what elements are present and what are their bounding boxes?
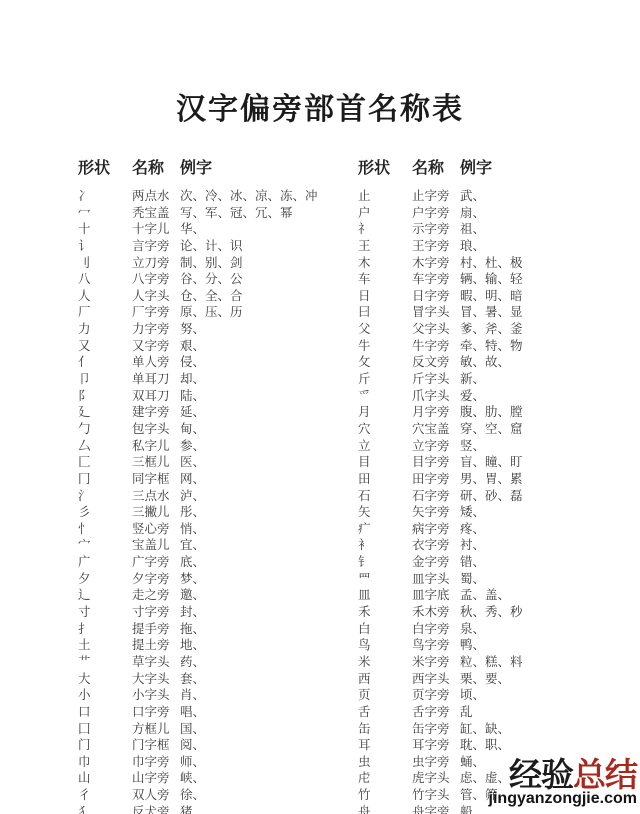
radical-name: 月字旁 <box>412 404 460 421</box>
radical-name: 草字头 <box>132 654 180 671</box>
header-name: 名称 <box>132 159 180 179</box>
table-row: 力 力字旁 努、 <box>78 321 350 338</box>
table-row: 米 米字旁 粒、糕、料 <box>358 654 640 671</box>
table-row: 十 十字儿 华、 <box>78 221 350 238</box>
radical-name: 车字旁 <box>412 271 460 288</box>
radical-shape: 彳 <box>78 787 132 804</box>
radical-examples: 武、 <box>460 188 640 205</box>
radical-examples: 地、 <box>180 637 350 654</box>
radical-examples: 封、 <box>180 604 350 621</box>
radical-name: 三点水 <box>132 488 180 505</box>
radical-name: 建字旁 <box>132 404 180 421</box>
radical-name: 竹字头 <box>412 787 460 804</box>
table-row: 夕 夕字旁 梦、 <box>78 571 350 588</box>
radical-shape: 衤 <box>358 537 412 554</box>
radical-shape: 辶 <box>78 587 132 604</box>
table-row: 户 户字旁 扇、 <box>358 205 640 222</box>
radical-shape: 忄 <box>78 521 132 538</box>
radical-shape: 扌 <box>78 621 132 638</box>
radical-name: 缶字旁 <box>412 721 460 738</box>
right-rows: 止 止字旁 武、 户 户字旁 扇、 礻 示字旁 祖、 王 <box>358 188 640 814</box>
table-row: 山 山字旁 峡、 <box>78 770 350 787</box>
radical-name: 言字旁 <box>132 238 180 255</box>
radical-name: 两点水 <box>132 188 180 205</box>
radical-name: 爪字头 <box>412 388 460 405</box>
radical-examples: 鸭、 <box>460 637 640 654</box>
radical-name: 穴宝盖 <box>412 421 460 438</box>
table-row: 八 八字旁 谷、分、公 <box>78 271 350 288</box>
radical-examples: 猪、 <box>180 804 350 814</box>
radical-shape: 王 <box>358 238 412 255</box>
radical-examples: 甸、 <box>180 421 350 438</box>
radical-examples: 泉、 <box>460 621 640 638</box>
radical-shape: 冫 <box>78 188 132 205</box>
table-row: 穴 穴宝盖 穿、空、窟 <box>358 421 640 438</box>
radical-name: 双人旁 <box>132 787 180 804</box>
radical-name: 反文旁 <box>412 354 460 371</box>
radical-shape: 冖 <box>78 205 132 222</box>
radical-examples: 华、 <box>180 221 350 238</box>
radical-name: 页字旁 <box>412 687 460 704</box>
radical-examples: 新、 <box>460 371 640 388</box>
radical-examples: 侵、 <box>180 354 350 371</box>
radical-shape: 犭 <box>78 804 132 814</box>
radical-name: 提土旁 <box>132 637 180 654</box>
table-row: 厂 厂字旁 原、压、历 <box>78 304 350 321</box>
radical-name: 三撇儿 <box>132 504 180 521</box>
table-row: 斤 斤字头 新、 <box>358 371 640 388</box>
radical-name: 三框儿 <box>132 454 180 471</box>
radical-shape: 缶 <box>358 721 412 738</box>
right-column-header: 形状 名称 例字 <box>358 159 640 179</box>
radical-examples: 爱、 <box>460 388 640 405</box>
radical-examples: 延、 <box>180 404 350 421</box>
radical-name: 父字头 <box>412 321 460 338</box>
table-row: 耳 耳字旁 耽、职、 <box>358 737 640 754</box>
radical-shape: 月 <box>358 404 412 421</box>
table-row: 大 大字头 套、 <box>78 671 350 688</box>
radical-table-left-column: 形状 名称 例字 冫 两点水 次、冷、冰、凉、冻、冲 冖 秃宝盖 写、军、冠、冗… <box>78 159 350 814</box>
radical-shape: 石 <box>358 488 412 505</box>
radical-examples: 穿、空、窟 <box>460 421 640 438</box>
radical-name: 米字旁 <box>412 654 460 671</box>
radical-name: 田字旁 <box>412 471 460 488</box>
radical-shape: 立 <box>358 438 412 455</box>
radical-examples: 唱、 <box>180 704 350 721</box>
radical-name: 牛字旁 <box>412 338 460 355</box>
table-row: 页 页字旁 顷、 <box>358 687 640 704</box>
radical-shape: 广 <box>78 554 132 571</box>
radical-examples: 蜀、 <box>460 571 640 588</box>
radical-examples: 论、计、识 <box>180 238 350 255</box>
radical-examples: 肖、 <box>180 687 350 704</box>
table-row: 土 提土旁 地、 <box>78 637 350 654</box>
radical-shape: 田 <box>358 471 412 488</box>
radical-examples: 粒、糕、料 <box>460 654 640 671</box>
table-row: 曰 冒字头 冒、暑、显 <box>358 304 640 321</box>
radical-examples: 药、 <box>180 654 350 671</box>
table-row: 巾 巾字旁 师、 <box>78 754 350 771</box>
radical-examples: 徐、 <box>180 787 350 804</box>
radical-name: 双耳刀 <box>132 388 180 405</box>
table-row: 西 西字头 栗、要、 <box>358 671 640 688</box>
radical-examples: 孟、盖、 <box>460 587 640 604</box>
radical-examples: 辆、输、轻 <box>460 271 640 288</box>
table-row: 石 石字旁 研、砂、磊 <box>358 488 640 505</box>
radical-shape: 耳 <box>358 737 412 754</box>
watermark-brand: 经验总结 <box>489 758 637 791</box>
radical-name: 口字旁 <box>132 704 180 721</box>
radical-name: 大字头 <box>132 671 180 688</box>
radical-shape: 止 <box>358 188 412 205</box>
radical-shape: 讠 <box>78 238 132 255</box>
radical-name: 舟字旁 <box>412 804 460 814</box>
table-row: 宀 宝盖儿 宜、 <box>78 537 350 554</box>
table-row: 艹 草字头 药、 <box>78 654 350 671</box>
radical-name: 虫字旁 <box>412 754 460 771</box>
table-row: 皿 皿字底 孟、盖、 <box>358 587 640 604</box>
radical-name: 鸟字旁 <box>412 637 460 654</box>
radical-name: 止字旁 <box>412 188 460 205</box>
radical-name: 方框儿 <box>132 721 180 738</box>
radical-shape: 父 <box>358 321 412 338</box>
header-examples: 例字 <box>180 159 350 179</box>
radical-shape: 力 <box>78 321 132 338</box>
radical-shape: 大 <box>78 671 132 688</box>
radical-shape: 牛 <box>358 338 412 355</box>
table-row: 爫 爪字头 爱、 <box>358 388 640 405</box>
radical-shape: 钅 <box>358 554 412 571</box>
radical-name: 人字头 <box>132 288 180 305</box>
radical-shape: 口 <box>78 704 132 721</box>
radical-examples: 缸、缺、 <box>460 721 640 738</box>
table-row: 禾 禾木旁 秋、秀、秒 <box>358 604 640 621</box>
radical-name: 耳字旁 <box>412 737 460 754</box>
radical-shape: 车 <box>358 271 412 288</box>
radical-examples: 制、别、剑 <box>180 255 350 272</box>
radical-examples: 医、 <box>180 454 350 471</box>
radical-name: 金字旁 <box>412 554 460 571</box>
radical-examples: 盲、瞳、盯 <box>460 454 640 471</box>
table-row: 彳 双人旁 徐、 <box>78 787 350 804</box>
table-row: 廴 建字旁 延、 <box>78 404 350 421</box>
radical-examples: 琅、 <box>460 238 640 255</box>
table-row: 目 目字旁 盲、瞳、盯 <box>358 454 640 471</box>
radical-examples: 村、杜、极 <box>460 255 640 272</box>
radical-examples: 衬、 <box>460 537 640 554</box>
radical-shape: 皿 <box>358 587 412 604</box>
radical-name: 夕字旁 <box>132 571 180 588</box>
radical-examples: 仓、全、合 <box>180 288 350 305</box>
radical-shape: 鸟 <box>358 637 412 654</box>
radical-shape: 西 <box>358 671 412 688</box>
radical-name: 包字头 <box>132 421 180 438</box>
table-row: 鸟 鸟字旁 鸭、 <box>358 637 640 654</box>
radical-shape: 禾 <box>358 604 412 621</box>
table-row: 疒 病字旁 疼、 <box>358 521 640 538</box>
radical-shape: 勹 <box>78 421 132 438</box>
table-row: 阝 双耳刀 陆、 <box>78 388 350 405</box>
radical-shape: 人 <box>78 288 132 305</box>
radical-shape: 目 <box>358 454 412 471</box>
watermark-brand-red: 总结 <box>573 756 637 793</box>
table-row: 囗 方框儿 国、 <box>78 721 350 738</box>
radical-name: 十字儿 <box>132 221 180 238</box>
radical-name: 八字旁 <box>132 271 180 288</box>
radical-examples: 敏、故、 <box>460 354 640 371</box>
table-row: 广 广字旁 底、 <box>78 554 350 571</box>
radical-table: 形状 名称 例字 冫 两点水 次、冷、冰、凉、冻、冲 冖 秃宝盖 写、军、冠、冗… <box>0 159 640 814</box>
table-row: 冖 秃宝盖 写、军、冠、冗、幂 <box>78 205 350 222</box>
radical-examples: 牵、特、物 <box>460 338 640 355</box>
radical-examples: 峡、 <box>180 770 350 787</box>
radical-name: 病字旁 <box>412 521 460 538</box>
radical-name: 山字旁 <box>132 770 180 787</box>
radical-name: 单人旁 <box>132 354 180 371</box>
radical-shape: 攵 <box>358 354 412 371</box>
radical-shape: 廴 <box>78 404 132 421</box>
radical-examples: 暇、明、暗 <box>460 288 640 305</box>
table-row: 冂 同字框 网、 <box>78 471 350 488</box>
radical-name: 冒字头 <box>412 304 460 321</box>
watermark-brand-dark: 经验 <box>509 756 573 793</box>
table-row: 白 白字旁 泉、 <box>358 621 640 638</box>
table-row: 罒 皿字头 蜀、 <box>358 571 640 588</box>
radical-shape: 夕 <box>78 571 132 588</box>
radical-name: 门字框 <box>132 737 180 754</box>
radical-name: 石字旁 <box>412 488 460 505</box>
table-row: 缶 缶字旁 缸、缺、 <box>358 721 640 738</box>
radical-shape: 匚 <box>78 454 132 471</box>
table-row: 舌 舌字旁 乱 <box>358 704 640 721</box>
radical-shape: 礻 <box>358 221 412 238</box>
table-row: 门 门字框 阅、 <box>78 737 350 754</box>
radical-name: 立刀旁 <box>132 255 180 272</box>
radical-name: 禾木旁 <box>412 604 460 621</box>
table-row: 父 父字头 爹、斧、釜 <box>358 321 640 338</box>
page-title: 汉字偏旁部首名称表 <box>0 84 640 128</box>
table-row: 彡 三撇儿 彤、 <box>78 504 350 521</box>
header-shape: 形状 <box>78 159 132 179</box>
radical-shape: 小 <box>78 687 132 704</box>
table-row: 讠 言字旁 论、计、识 <box>78 238 350 255</box>
table-row: 刂 立刀旁 制、别、剑 <box>78 255 350 272</box>
radical-shape: 日 <box>358 288 412 305</box>
radical-shape: 矢 <box>358 504 412 521</box>
table-row: 王 王字旁 琅、 <box>358 238 640 255</box>
radical-name: 皿字底 <box>412 587 460 604</box>
radical-examples: 悄、 <box>180 521 350 538</box>
table-row: 氵 三点水 泸、 <box>78 488 350 505</box>
radical-shape: 刂 <box>78 255 132 272</box>
table-row: 攵 反文旁 敏、故、 <box>358 354 640 371</box>
table-row: 口 口字旁 唱、 <box>78 704 350 721</box>
radical-name: 衣字旁 <box>412 537 460 554</box>
table-row: 礻 示字旁 祖、 <box>358 221 640 238</box>
table-row: 厶 私字儿 参、 <box>78 438 350 455</box>
radical-examples: 参、 <box>180 438 350 455</box>
radical-examples: 泸、 <box>180 488 350 505</box>
table-row: 卩 单耳刀 却、 <box>78 371 350 388</box>
radical-shape: 宀 <box>78 537 132 554</box>
radical-name: 提手旁 <box>132 621 180 638</box>
radical-examples: 乱 <box>460 704 640 721</box>
radical-name: 小字头 <box>132 687 180 704</box>
table-row: 矢 矢字旁 矮、 <box>358 504 640 521</box>
radical-name: 矢字旁 <box>412 504 460 521</box>
radical-examples: 阅、 <box>180 737 350 754</box>
table-row: 月 月字旁 腹、肋、膛 <box>358 404 640 421</box>
radical-examples: 谷、分、公 <box>180 271 350 288</box>
radical-examples: 错、 <box>460 554 640 571</box>
radical-shape: 白 <box>358 621 412 638</box>
radical-shape: 土 <box>78 637 132 654</box>
radical-shape: 曰 <box>358 304 412 321</box>
radical-examples: 邀、 <box>180 587 350 604</box>
table-row: 止 止字旁 武、 <box>358 188 640 205</box>
radical-shape: 虫 <box>358 754 412 771</box>
table-row: 车 车字旁 辆、输、轻 <box>358 271 640 288</box>
radical-name: 户字旁 <box>412 205 460 222</box>
radical-name: 宝盖儿 <box>132 537 180 554</box>
table-row: 犭 反犬旁 猪、 <box>78 804 350 814</box>
table-row: 亻 单人旁 侵、 <box>78 354 350 371</box>
table-row: 匚 三框儿 医、 <box>78 454 350 471</box>
radical-shape: 卩 <box>78 371 132 388</box>
radical-shape: 艹 <box>78 654 132 671</box>
radical-name: 日字旁 <box>412 288 460 305</box>
radical-shape: 又 <box>78 338 132 355</box>
radical-shape: 虍 <box>358 770 412 787</box>
radical-shape: 山 <box>78 770 132 787</box>
radical-examples: 次、冷、冰、凉、冻、冲 <box>180 188 350 205</box>
radical-name: 白字旁 <box>412 621 460 638</box>
radical-name: 厂字旁 <box>132 304 180 321</box>
radical-examples: 秋、秀、秒 <box>460 604 640 621</box>
radical-shape: 舟 <box>358 804 412 814</box>
radical-shape: 囗 <box>78 721 132 738</box>
radical-examples: 努、 <box>180 321 350 338</box>
radical-shape: 巾 <box>78 754 132 771</box>
table-row: 寸 寸字旁 封、 <box>78 604 350 621</box>
radical-name: 木字旁 <box>412 255 460 272</box>
table-row: 又 又字旁 艰、 <box>78 338 350 355</box>
radical-examples: 疼、 <box>460 521 640 538</box>
radical-name: 又字旁 <box>132 338 180 355</box>
table-row: 钅 金字旁 错、 <box>358 554 640 571</box>
radical-name: 目字旁 <box>412 454 460 471</box>
radical-name: 力字旁 <box>132 321 180 338</box>
radical-name: 王字旁 <box>412 238 460 255</box>
radical-examples: 艰、 <box>180 338 350 355</box>
radical-shape: 页 <box>358 687 412 704</box>
table-row: 田 田字旁 男、胃、累 <box>358 471 640 488</box>
header-shape: 形状 <box>358 159 412 179</box>
radical-name: 西字头 <box>412 671 460 688</box>
table-row: 辶 走之旁 邀、 <box>78 587 350 604</box>
radical-name: 舌字旁 <box>412 704 460 721</box>
radical-name: 反犬旁 <box>132 804 180 814</box>
table-row: 扌 提手旁 拖、 <box>78 621 350 638</box>
radical-examples: 写、军、冠、冗、幂 <box>180 205 350 222</box>
radical-name: 斤字头 <box>412 371 460 388</box>
radical-examples: 原、压、历 <box>180 304 350 321</box>
radical-examples: 冒、暑、显 <box>460 304 640 321</box>
radical-name: 走之旁 <box>132 587 180 604</box>
radical-examples: 陆、 <box>180 388 350 405</box>
radical-shape: 氵 <box>78 488 132 505</box>
left-column-header: 形状 名称 例字 <box>78 159 350 179</box>
radical-shape: 竹 <box>358 787 412 804</box>
radical-shape: 斤 <box>358 371 412 388</box>
radical-name: 秃宝盖 <box>132 205 180 222</box>
header-examples: 例字 <box>460 159 640 179</box>
radical-name: 寸字旁 <box>132 604 180 621</box>
radical-name: 广字旁 <box>132 554 180 571</box>
radical-shape: 爫 <box>358 388 412 405</box>
table-row: 勹 包字头 甸、 <box>78 421 350 438</box>
radical-shape: 寸 <box>78 604 132 621</box>
table-row: 立 立字旁 竖、 <box>358 438 640 455</box>
radical-examples: 国、 <box>180 721 350 738</box>
radical-examples: 顷、 <box>460 687 640 704</box>
radical-table-right-column: 形状 名称 例字 止 止字旁 武、 户 户字旁 扇、 礻 <box>358 159 640 814</box>
table-row: 衤 衣字旁 衬、 <box>358 537 640 554</box>
radical-shape: 木 <box>358 255 412 272</box>
radical-shape: 米 <box>358 654 412 671</box>
radical-shape: 户 <box>358 205 412 222</box>
radical-examples: 拖、 <box>180 621 350 638</box>
radical-examples: 竖、 <box>460 438 640 455</box>
radical-examples: 爹、斧、釜 <box>460 321 640 338</box>
radical-shape: 穴 <box>358 421 412 438</box>
radical-shape: 厂 <box>78 304 132 321</box>
radical-examples: 却、 <box>180 371 350 388</box>
radical-name: 单耳刀 <box>132 371 180 388</box>
radical-examples: 腹、肋、膛 <box>460 404 640 421</box>
radical-examples: 男、胃、累 <box>460 471 640 488</box>
radical-shape: 门 <box>78 737 132 754</box>
radical-examples: 矮、 <box>460 504 640 521</box>
radical-shape: 彡 <box>78 504 132 521</box>
table-row: 日 日字旁 暇、明、暗 <box>358 288 640 305</box>
radical-examples: 耽、职、 <box>460 737 640 754</box>
header-name: 名称 <box>412 159 460 179</box>
table-row: 冫 两点水 次、冷、冰、凉、冻、冲 <box>78 188 350 205</box>
radical-examples: 师、 <box>180 754 350 771</box>
radical-examples: 彤、 <box>180 504 350 521</box>
radical-examples: 梦、 <box>180 571 350 588</box>
radical-examples: 祖、 <box>460 221 640 238</box>
table-row: 人 人字头 仓、全、合 <box>78 288 350 305</box>
radical-shape: 疒 <box>358 521 412 538</box>
radical-name: 巾字旁 <box>132 754 180 771</box>
radical-examples: 研、砂、磊 <box>460 488 640 505</box>
radical-shape: 罒 <box>358 571 412 588</box>
table-row: 忄 竖心旁 悄、 <box>78 521 350 538</box>
radical-examples: 网、 <box>180 471 350 488</box>
watermark-site-url: jingyanzongjie.com <box>489 791 637 807</box>
radical-shape: 厶 <box>78 438 132 455</box>
radical-name: 私字儿 <box>132 438 180 455</box>
radical-name: 同字框 <box>132 471 180 488</box>
table-row: 小 小字头 肖、 <box>78 687 350 704</box>
radical-name: 虎字头 <box>412 770 460 787</box>
radical-examples: 底、 <box>180 554 350 571</box>
watermark: 经验总结 jingyanzongjie.com <box>489 758 637 807</box>
radical-examples: 栗、要、 <box>460 671 640 688</box>
radical-examples: 扇、 <box>460 205 640 222</box>
